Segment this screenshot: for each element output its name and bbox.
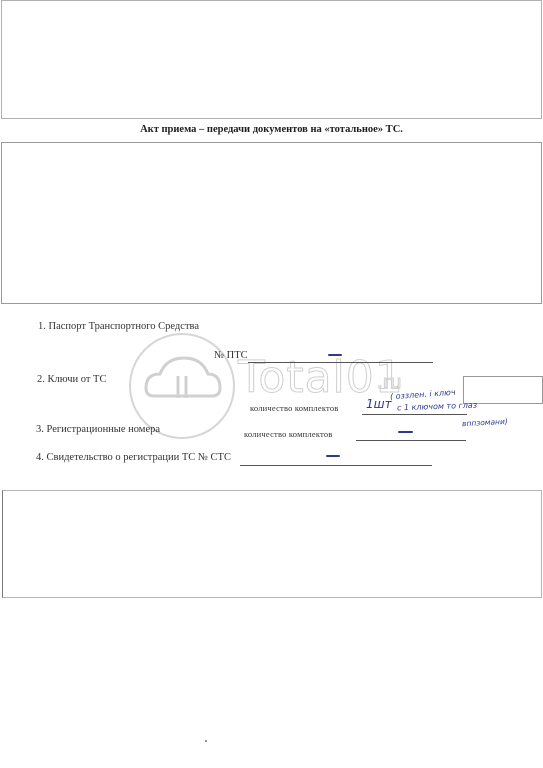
item-1-number: 1. [38, 321, 46, 332]
keys-count-label: количество комплектов [250, 403, 339, 413]
sts-field-line [240, 465, 432, 466]
item-4: 4. Свидетельство о регистрации ТС № СТС [36, 452, 231, 463]
watermark-suffix: .ru [377, 372, 402, 393]
plates-handwritten-dash [398, 431, 413, 433]
keys-count-value: 1шт [366, 397, 392, 411]
redacted-header-box [1, 0, 542, 119]
page-speck [205, 740, 207, 742]
document-title: Акт приема – передачи документов на «тот… [0, 124, 543, 135]
item-4-label: Свидетельство о регистрации ТС № СТС [47, 452, 231, 463]
item-1: 1. Паспорт Транспортного Средства [38, 321, 199, 332]
pts-handwritten-dash [328, 354, 342, 356]
redacted-signature-box [2, 490, 542, 598]
item-1-label: Паспорт Транспортного Средства [49, 321, 200, 332]
item-4-number: 4. [36, 452, 44, 463]
keys-note-line3: вппзомани) [462, 417, 508, 428]
item-2-number: 2. [37, 374, 45, 385]
pts-label: № ПТС [214, 350, 248, 361]
item-2: 2. Ключи от ТС [37, 374, 106, 385]
sts-handwritten-dash [326, 455, 340, 457]
pts-field-line [248, 362, 433, 363]
item-3: 3. Регистрационные номера [36, 424, 160, 435]
item-3-label: Регистрационные номера [47, 424, 161, 435]
keys-note-line2: с 1 ключом то глаз [397, 401, 477, 413]
item-3-number: 3. [36, 424, 44, 435]
plates-count-field-line [356, 440, 466, 441]
item-2-label: Ключи от ТС [48, 374, 107, 385]
keys-count-field-line [362, 414, 467, 415]
redacted-details-box [1, 142, 542, 304]
plates-count-label: количество комплектов [244, 429, 333, 439]
